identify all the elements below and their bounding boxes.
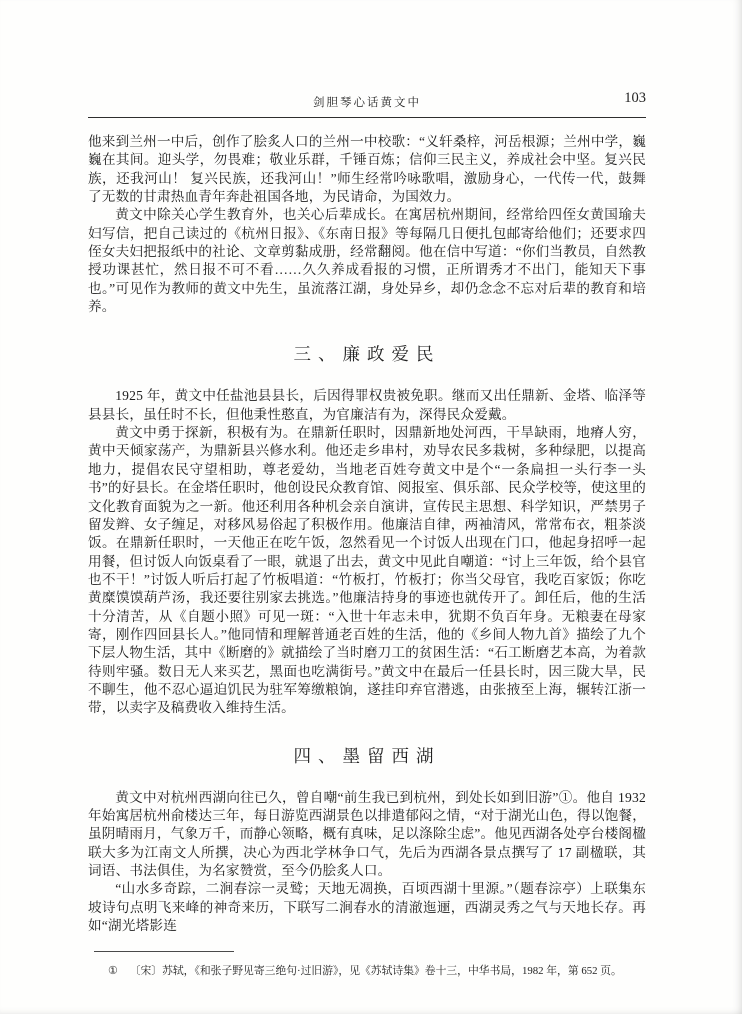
running-title: 剑胆琴心话黄文中 bbox=[313, 97, 421, 109]
body-paragraph: “山水多奇踪，二涧春淙一灵鹫；天地无凋换，百顷西湖十里源。”（题春淙亭）上联集东… bbox=[88, 880, 646, 935]
body-paragraph: 他来到兰州一中后，创作了脍炙人口的兰州一中校歌：“义轩桑梓，河岳根源；兰州中学，… bbox=[88, 133, 646, 206]
body-paragraph: 黄文中除关心学生教育外，也关心后辈成长。在寓居杭州期间，经常给四侄女黄国瑜夫妇写… bbox=[88, 206, 646, 316]
body-paragraph: 黄文中对杭州西湖向往已久，曾自嘲“前生我已到杭州，到处长如到旧游”①。他自 19… bbox=[88, 789, 646, 881]
body-paragraph: 黄文中勇于探新，积极有为。在鼎新任职时，因鼎新地处河西，干旱缺雨，地瘠人穷，黄中… bbox=[88, 424, 646, 718]
footnote-text: 〔宋〕苏轼，《和张子野见寄三绝句·过旧游》，见《苏轼诗集》卷十三，中华书局，19… bbox=[130, 964, 646, 979]
section-heading: 三、廉政爱民 bbox=[88, 341, 646, 366]
footnote-marker: ① bbox=[108, 964, 118, 979]
footnote-rule bbox=[94, 951, 234, 952]
page-content: 剑胆琴心话黄文中 103 他来到兰州一中后，创作了脍炙人口的兰州一中校歌：“义轩… bbox=[88, 94, 646, 979]
footnote: ① 〔宋〕苏轼，《和张子野见寄三绝句·过旧游》，见《苏轼诗集》卷十三，中华书局，… bbox=[88, 964, 646, 979]
body-text: 他来到兰州一中后，创作了脍炙人口的兰州一中校歌：“义轩桑梓，河岳根源；兰州中学，… bbox=[88, 133, 646, 935]
book-page: 剑胆琴心话黄文中 103 他来到兰州一中后，创作了脍炙人口的兰州一中校歌：“义轩… bbox=[0, 0, 742, 1014]
section-heading: 四、墨留西湖 bbox=[88, 743, 646, 768]
page-header: 剑胆琴心话黄文中 103 bbox=[88, 94, 646, 110]
header-rule bbox=[88, 117, 646, 118]
body-paragraph: 1925 年，黄文中任盐池县县长，后因得罪权贵被免职。继而又出任鼎新、金塔、临泽… bbox=[88, 387, 646, 424]
page-number: 103 bbox=[624, 90, 646, 107]
